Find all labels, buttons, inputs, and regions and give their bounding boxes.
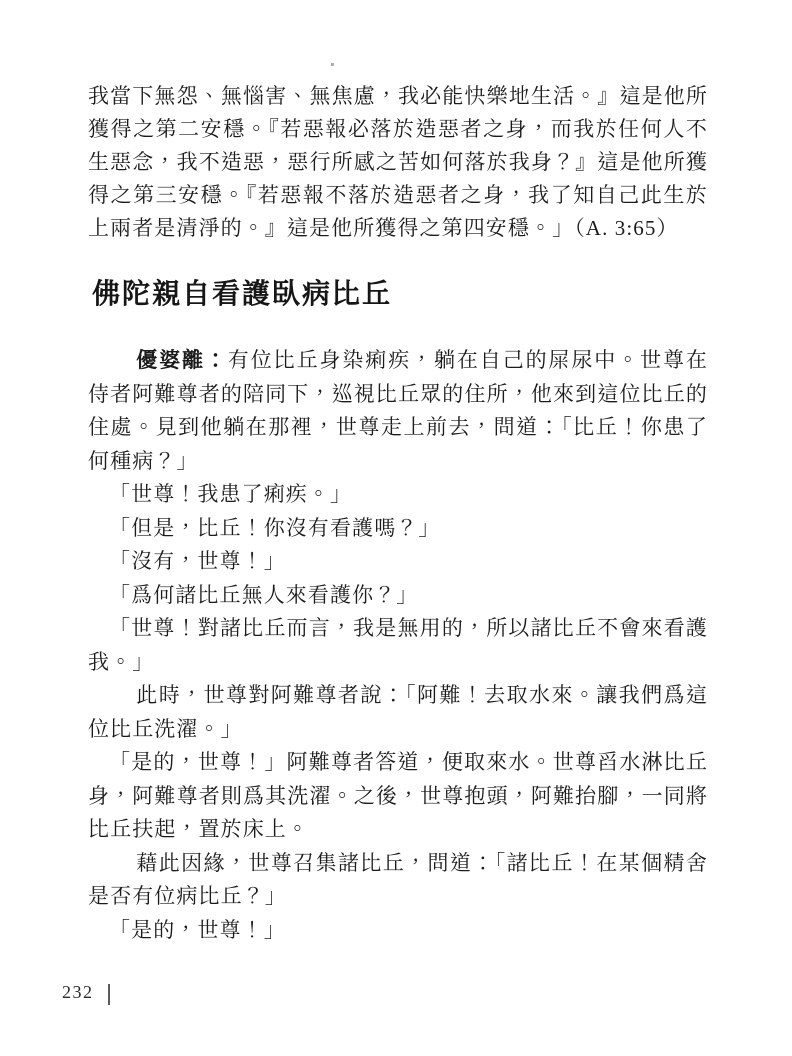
footer-divider [108, 984, 110, 1005]
dialogue-line: 「世尊！我患了痢疾。」 [88, 478, 708, 512]
page-footer: 232 [62, 982, 94, 1006]
dialogue-line: 「是的，世尊！」 [88, 914, 708, 948]
continued-paragraph-block: 我當下無怨、無惱害、無焦慮，我必能快樂地生活。』這是他所獲得之第二安穩。『若惡報… [88, 80, 708, 245]
body-paragraph: 此時，世尊對阿難尊者說：「阿難！去取水來。讓我們爲這位比丘洗濯。」 [88, 679, 708, 746]
dialogue-line: 「但是，比丘！你沒有看護嗎？」 [88, 512, 708, 546]
section-heading: 佛陀親自看護臥病比丘 [92, 272, 392, 312]
dialogue-line: 「沒有，世尊！」 [88, 545, 708, 579]
body-paragraph: 藉此因緣，世尊召集諸比丘，問道：「諸比丘！在某個精舍是否有位病比丘？」 [88, 847, 708, 914]
dialogue-line: 「世尊！對諸比丘而言，我是無用的，所以諸比丘不會來看護我。」 [88, 612, 708, 679]
sutta-citation: （A. 3:65） [574, 216, 678, 240]
dialogue-line: 「是的，世尊！」阿難尊者答道，便取來水。世尊舀水淋比丘身，阿難尊者則爲其洗濯。之… [88, 746, 708, 847]
body-paragraph: 優婆離：有位比丘身染痢疾，躺在自己的屎尿中。世尊在侍者阿難尊者的陪同下，巡視比丘… [88, 344, 708, 478]
speaker-name: 優婆離： [136, 348, 228, 372]
section-body-block: 優婆離：有位比丘身染痢疾，躺在自己的屎尿中。世尊在侍者阿難尊者的陪同下，巡視比丘… [88, 344, 708, 947]
page-number: 232 [62, 982, 94, 1002]
body-paragraph: 我當下無怨、無惱害、無焦慮，我必能快樂地生活。』這是他所獲得之第二安穩。『若惡報… [88, 80, 708, 245]
dialogue-line: 「爲何諸比丘無人來看護你？」 [88, 579, 708, 613]
scan-artifact-speck [331, 63, 334, 66]
